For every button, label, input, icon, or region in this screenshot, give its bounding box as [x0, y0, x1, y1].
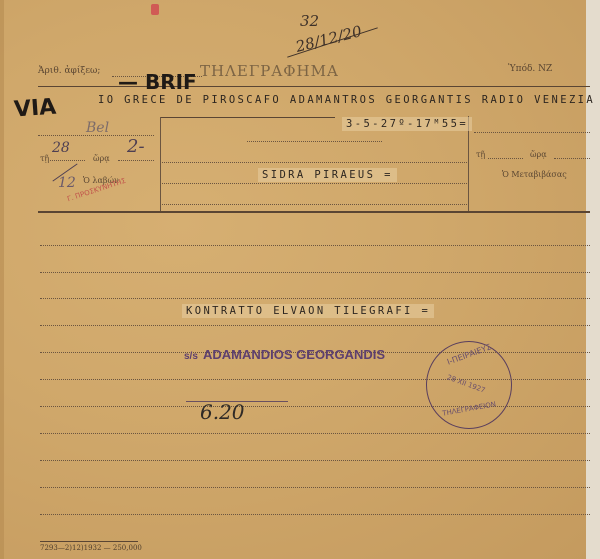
paper-edge-left	[0, 0, 4, 559]
footer-print: 7293—2)12)1932 — 250,000	[40, 544, 142, 552]
message-line-1	[40, 245, 590, 246]
left-hour-line	[118, 160, 154, 161]
destination-line: SIDRA PIRAEUS =	[258, 168, 397, 182]
form-title: ΤΗΛΕΓΡΑΦΗΜΑ	[200, 62, 339, 80]
signature-name: ADAMANDIOS GEORGANDIS	[203, 347, 385, 362]
telegram-paper	[0, 0, 600, 559]
signature-stamp: s/s ADAMANDIOS GEORGANDIS	[184, 344, 385, 363]
right-hour-line	[554, 158, 590, 159]
header-typed-line: IO GRECE DE PIROSCAFO ADAMANTROS GEORGAN…	[98, 94, 595, 106]
table-top-rule	[160, 117, 335, 118]
message-line-2	[40, 272, 590, 273]
paper-edge-right	[586, 0, 600, 559]
middle-line-2	[162, 162, 467, 163]
middle-line-3	[162, 183, 467, 184]
left-hour-label: ὥρᾳ	[93, 154, 110, 163]
message-line-4	[40, 325, 590, 326]
date-time-line: 3-5-27º-17ᴹ55=	[342, 117, 472, 131]
left-hour-value: 2-	[127, 136, 145, 157]
handwritten-code: Bel	[86, 120, 109, 136]
arrival-number-label: Ἀριθ. ἀφίξεω;	[38, 66, 100, 76]
right-day-line	[488, 158, 523, 159]
right-hour-label: ὥρᾳ	[530, 150, 547, 159]
middle-line-1	[247, 141, 382, 142]
brif-stamp: — BRIF	[118, 70, 197, 94]
footer-rule	[40, 541, 138, 542]
message-line-3	[40, 298, 590, 299]
right-box-line-1	[474, 132, 590, 133]
middle-line-4	[162, 204, 467, 205]
signature-prefix: s/s	[184, 351, 198, 362]
message-line-11	[40, 514, 590, 515]
left-day-value: 28	[52, 140, 70, 156]
message-line: KONTRATTO ELVAON TILEGRAFI =	[182, 304, 434, 318]
table-bottom-rule	[38, 211, 590, 213]
handwritten-number: 32	[300, 12, 319, 30]
left-day-line	[50, 160, 85, 161]
message-line-8	[40, 433, 590, 434]
via-stamp: VIA	[13, 95, 57, 123]
transmitter-label: Ὁ Μεταβιβάσας	[502, 170, 567, 179]
handwritten-amount: 6.20	[200, 400, 245, 424]
service-label: Ὑπόδ. NZ	[508, 64, 552, 74]
table-divider-left	[160, 117, 161, 211]
message-line-10	[40, 487, 590, 488]
left-day-label: τῇ	[40, 154, 49, 163]
left-month-value: 12	[58, 175, 76, 191]
message-line-9	[40, 460, 590, 461]
message-line-7	[40, 406, 590, 407]
red-tab-mark	[151, 4, 159, 15]
right-day-label: τῇ	[476, 150, 485, 159]
